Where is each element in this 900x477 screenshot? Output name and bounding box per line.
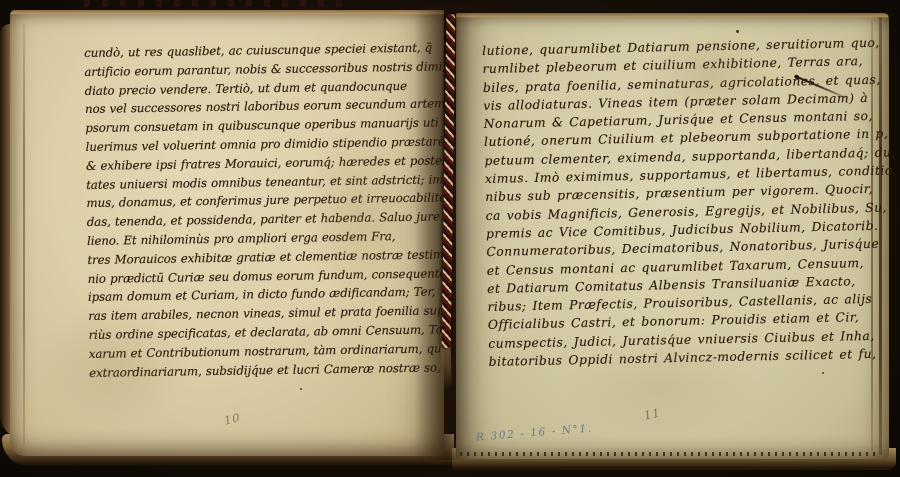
right-page: lutione, quarumlibet Datiarum pensione, … bbox=[456, 13, 889, 459]
archival-annotation: R 302 - 16 - N°1. bbox=[476, 422, 593, 443]
left-page-top-edge bbox=[10, 10, 444, 15]
right-page-top-edge bbox=[456, 13, 889, 18]
left-page-number: 10 bbox=[223, 410, 243, 428]
ink-speck bbox=[822, 372, 824, 374]
left-page: cundò, ut res quaslibet, ac cuiuscunque … bbox=[10, 10, 444, 456]
left-page-text: cundò, ut res quaslibet, ac cuiuscunque … bbox=[84, 38, 447, 382]
ink-speck bbox=[736, 30, 739, 33]
ink-speck bbox=[300, 388, 302, 390]
right-page-number: 11 bbox=[643, 405, 662, 422]
right-page-text: lutione, quarumlibet Datiarum pensione, … bbox=[482, 34, 883, 372]
manuscript-photo: cundò, ut res quaslibet, ac cuiuscunque … bbox=[0, 0, 900, 477]
left-page-fold-line bbox=[23, 24, 25, 444]
top-edge-marks bbox=[84, 0, 344, 7]
deckle-edge-dots bbox=[460, 452, 880, 456]
